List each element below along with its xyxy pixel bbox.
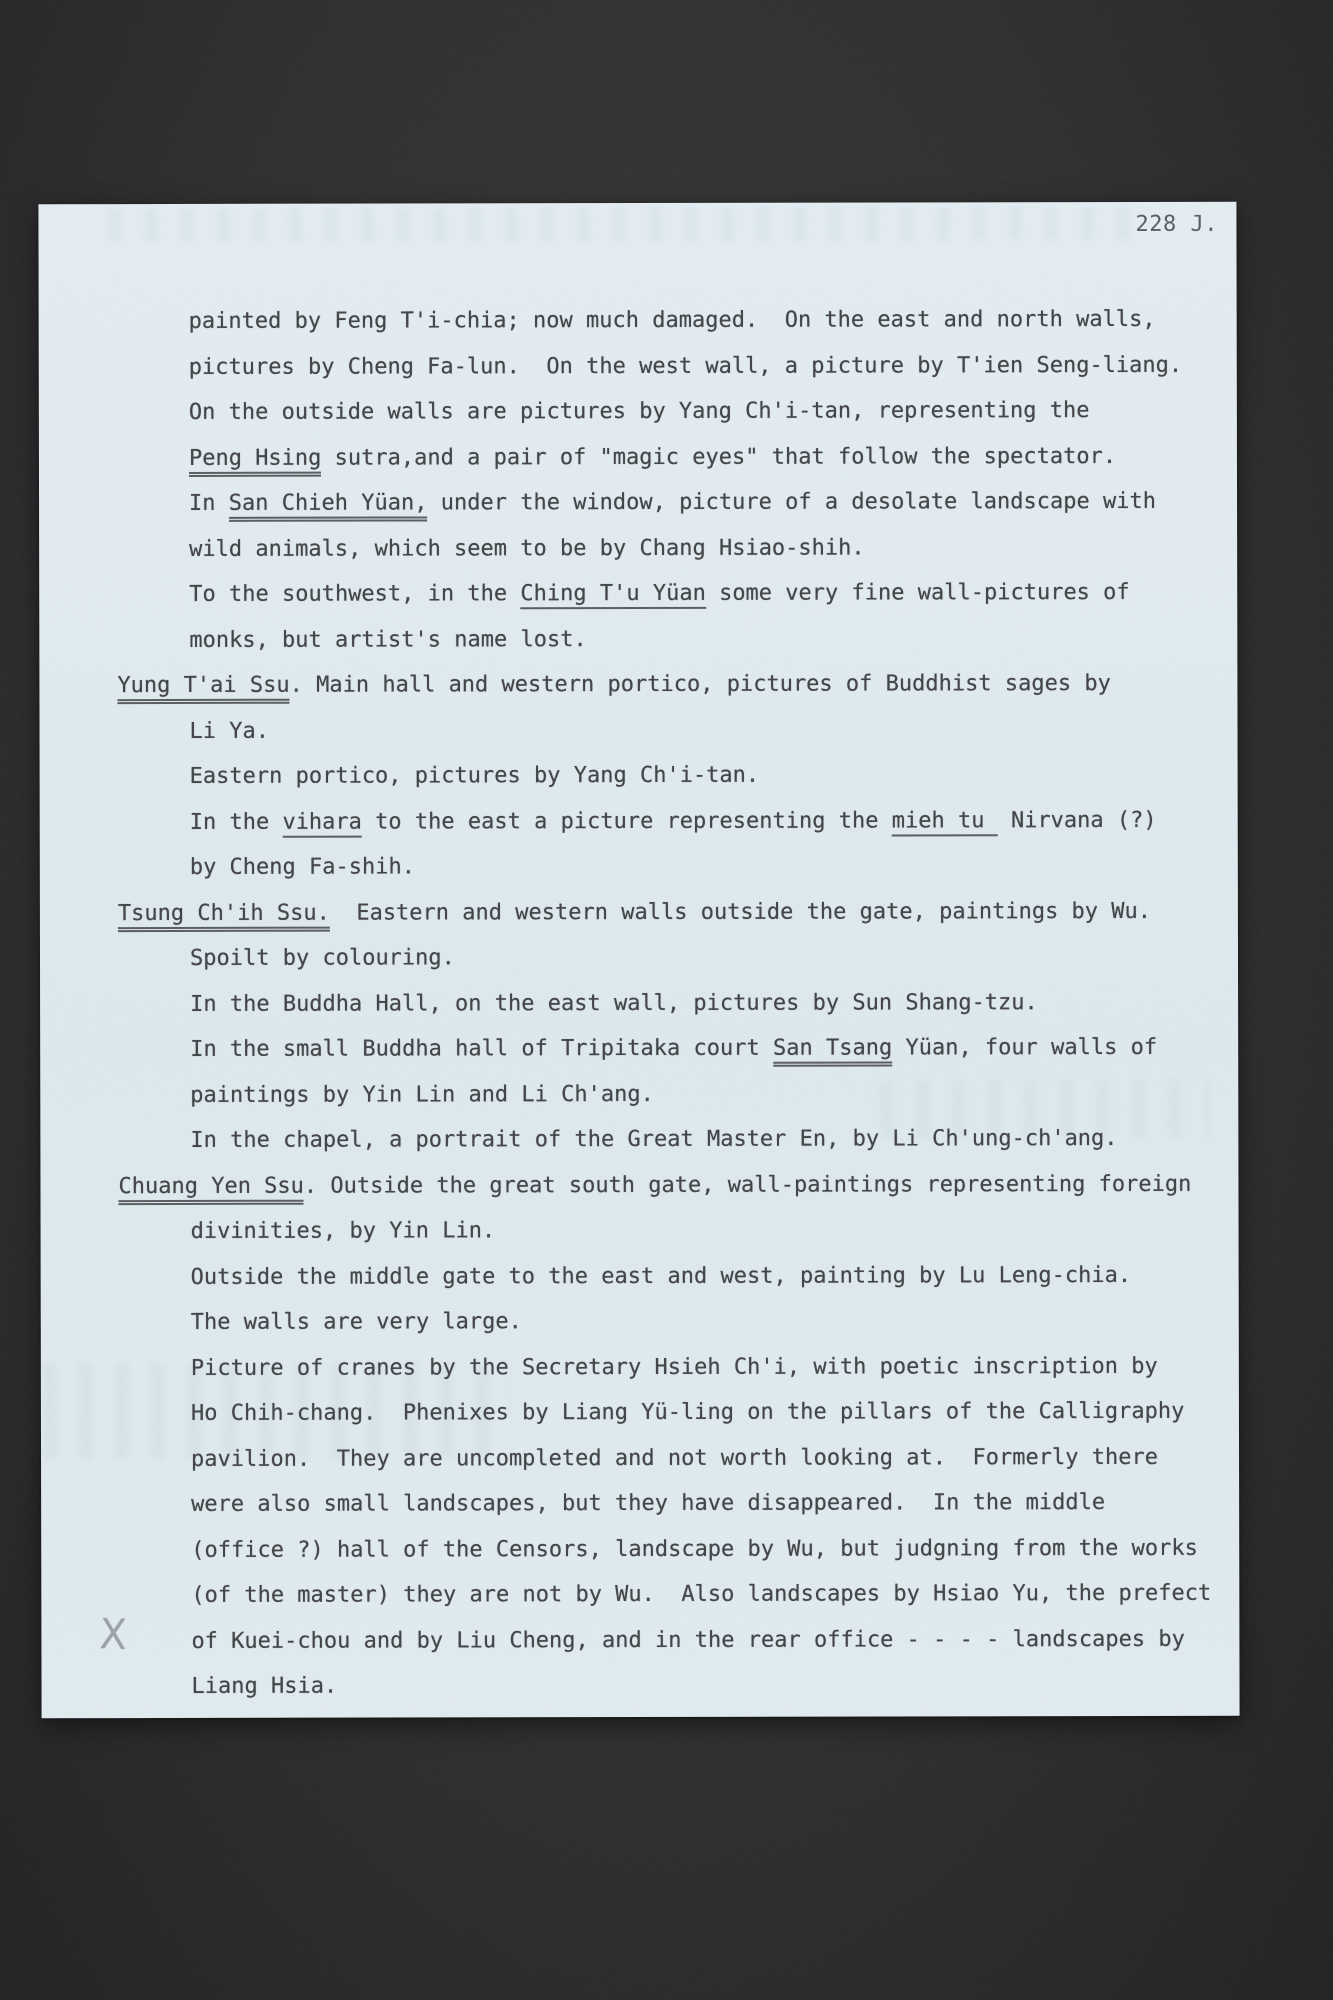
text-segment: wild animals, which seem to be by Chang … (189, 535, 865, 561)
text-segment: of Kuei-chou and by Liu Cheng, and in th… (191, 1626, 1184, 1653)
text-segment: under the window, picture of a desolate … (427, 489, 1156, 516)
document-lines: painted by Feng T'i-chia; now much damag… (39, 297, 1240, 1710)
text-line: Li Ya. (189, 706, 1237, 754)
text-segment: Yüan, four walls of (892, 1035, 1157, 1061)
text-segment: In (189, 491, 229, 516)
page-number: 228 J. (1135, 212, 1218, 237)
text-line: pictures by Cheng Fa-lun. On the west wa… (189, 342, 1237, 390)
text-line: Peng Hsing sutra,and a pair of "magic ey… (189, 433, 1237, 481)
underlined-term: Ching T'u Yüan (520, 581, 705, 609)
text-line: were also small landscapes, but they hav… (191, 1480, 1239, 1528)
text-segment: Ho Chih-chang. Phenixes by Liang Yü-ling… (191, 1399, 1184, 1426)
text-line: wild animals, which seem to be by Chang … (189, 524, 1237, 572)
text-segment: In the (190, 809, 283, 834)
bleed-through-artifact (108, 206, 1148, 242)
text-line: To the southwest, in the Ching T'u Yüan … (189, 570, 1237, 618)
text-line: Eastern portico, pictures by Yang Ch'i-t… (190, 752, 1238, 800)
underlined-term: Yung T'ai Ssu (117, 673, 289, 704)
text-segment: Spoilt by colouring. (190, 945, 455, 971)
underlined-term: San Chieh Yüan, (229, 490, 428, 521)
underlined-term: San Tsang (773, 1035, 892, 1066)
text-line: monks, but artist's name lost. (189, 615, 1237, 663)
text-segment: Liang Hsia. (191, 1674, 337, 1699)
text-segment: . Main hall and western portico, picture… (290, 671, 1111, 698)
text-segment: Eastern portico, pictures by Yang Ch'i-t… (190, 763, 760, 789)
text-segment: In the chapel, a portrait of the Great M… (190, 1126, 1117, 1153)
text-segment: divinities, by Yin Lin. (191, 1218, 496, 1244)
text-line: divinities, by Yin Lin. (191, 1207, 1239, 1255)
text-line: In the chapel, a portrait of the Great M… (190, 1116, 1238, 1164)
underlined-term: mieh tu (892, 808, 998, 836)
underlined-term: Tsung Ch'ih Ssu. (118, 900, 330, 931)
text-segment: were also small landscapes, but they hav… (191, 1490, 1105, 1517)
text-segment: Li Ya. (189, 718, 269, 743)
text-segment: Eastern and western walls outside the ga… (330, 898, 1151, 925)
underlined-term: Chuang Yen Ssu (118, 1173, 304, 1204)
text-line: paintings by Yin Lin and Li Ch'ang. (190, 1070, 1238, 1118)
text-line: Picture of cranes by the Secretary Hsieh… (191, 1343, 1239, 1391)
text-segment: (of the master) they are not by Wu. Also… (191, 1581, 1211, 1608)
text-line: Yung T'ai Ssu. Main hall and western por… (117, 661, 1237, 709)
text-segment: To the southwest, in the (189, 581, 520, 607)
underlined-term: Peng Hsing (189, 445, 322, 476)
text-segment: In the Buddha Hall, on the east wall, pi… (190, 990, 1038, 1017)
text-line: On the outside walls are pictures by Yan… (189, 388, 1237, 436)
text-line: The walls are very large. (191, 1298, 1239, 1346)
text-line: (office ?) hall of the Censors, landscap… (191, 1525, 1239, 1573)
text-segment: to the east a picture representing the (362, 808, 892, 834)
text-line: In the vihara to the east a picture repr… (190, 797, 1238, 845)
text-segment: Outside the middle gate to the east and … (191, 1262, 1131, 1289)
text-line: by Cheng Fa-shih. (190, 843, 1238, 891)
text-segment: The walls are very large. (191, 1309, 522, 1335)
typewritten-page: 228 J. painted by Feng T'i-chia; now muc… (38, 202, 1239, 1719)
text-segment: some very fine wall-pictures of (706, 580, 1130, 606)
text-segment: (office ?) hall of the Censors, landscap… (191, 1535, 1198, 1562)
text-segment: pictures by Cheng Fa-lun. On the west wa… (189, 352, 1182, 379)
text-line: Spoilt by colouring. (190, 934, 1238, 982)
text-line: (of the master) they are not by Wu. Also… (191, 1571, 1239, 1619)
text-line: painted by Feng T'i-chia; now much damag… (189, 297, 1237, 345)
text-segment: by Cheng Fa-shih. (190, 854, 415, 879)
text-segment: pavilion. They are uncompleted and not w… (191, 1444, 1158, 1471)
text-line: In the small Buddha hall of Tripitaka co… (190, 1025, 1238, 1073)
text-segment: paintings by Yin Lin and Li Ch'ang. (190, 1081, 654, 1107)
text-line: of Kuei-chou and by Liu Cheng, and in th… (191, 1616, 1239, 1664)
text-segment: monks, but artist's name lost. (189, 627, 586, 653)
underlined-term: vihara (282, 809, 362, 837)
text-segment: In the small Buddha hall of Tripitaka co… (190, 1036, 773, 1062)
text-line: Liang Hsia. (191, 1662, 1239, 1710)
text-line: Tsung Ch'ih Ssu. Eastern and western wal… (118, 888, 1238, 936)
text-line: In San Chieh Yüan, under the window, pic… (189, 479, 1237, 527)
pencil-x-margin-mark: X (99, 1611, 128, 1660)
text-segment: . Outside the great south gate, wall-pai… (304, 1171, 1191, 1198)
text-segment: Picture of cranes by the Secretary Hsieh… (191, 1353, 1158, 1380)
text-segment: sutra,and a pair of "magic eyes" that fo… (321, 443, 1116, 470)
text-segment: Nirvana (?) (998, 807, 1157, 832)
text-line: Outside the middle gate to the east and … (191, 1252, 1239, 1300)
text-segment: On the outside walls are pictures by Yan… (189, 398, 1090, 425)
text-line: pavilion. They are uncompleted and not w… (191, 1434, 1239, 1482)
text-line: Chuang Yen Ssu. Outside the great south … (118, 1161, 1238, 1209)
text-segment: painted by Feng T'i-chia; now much damag… (189, 307, 1156, 334)
text-line: In the Buddha Hall, on the east wall, pi… (190, 979, 1238, 1027)
text-line: Ho Chih-chang. Phenixes by Liang Yü-ling… (191, 1389, 1239, 1437)
